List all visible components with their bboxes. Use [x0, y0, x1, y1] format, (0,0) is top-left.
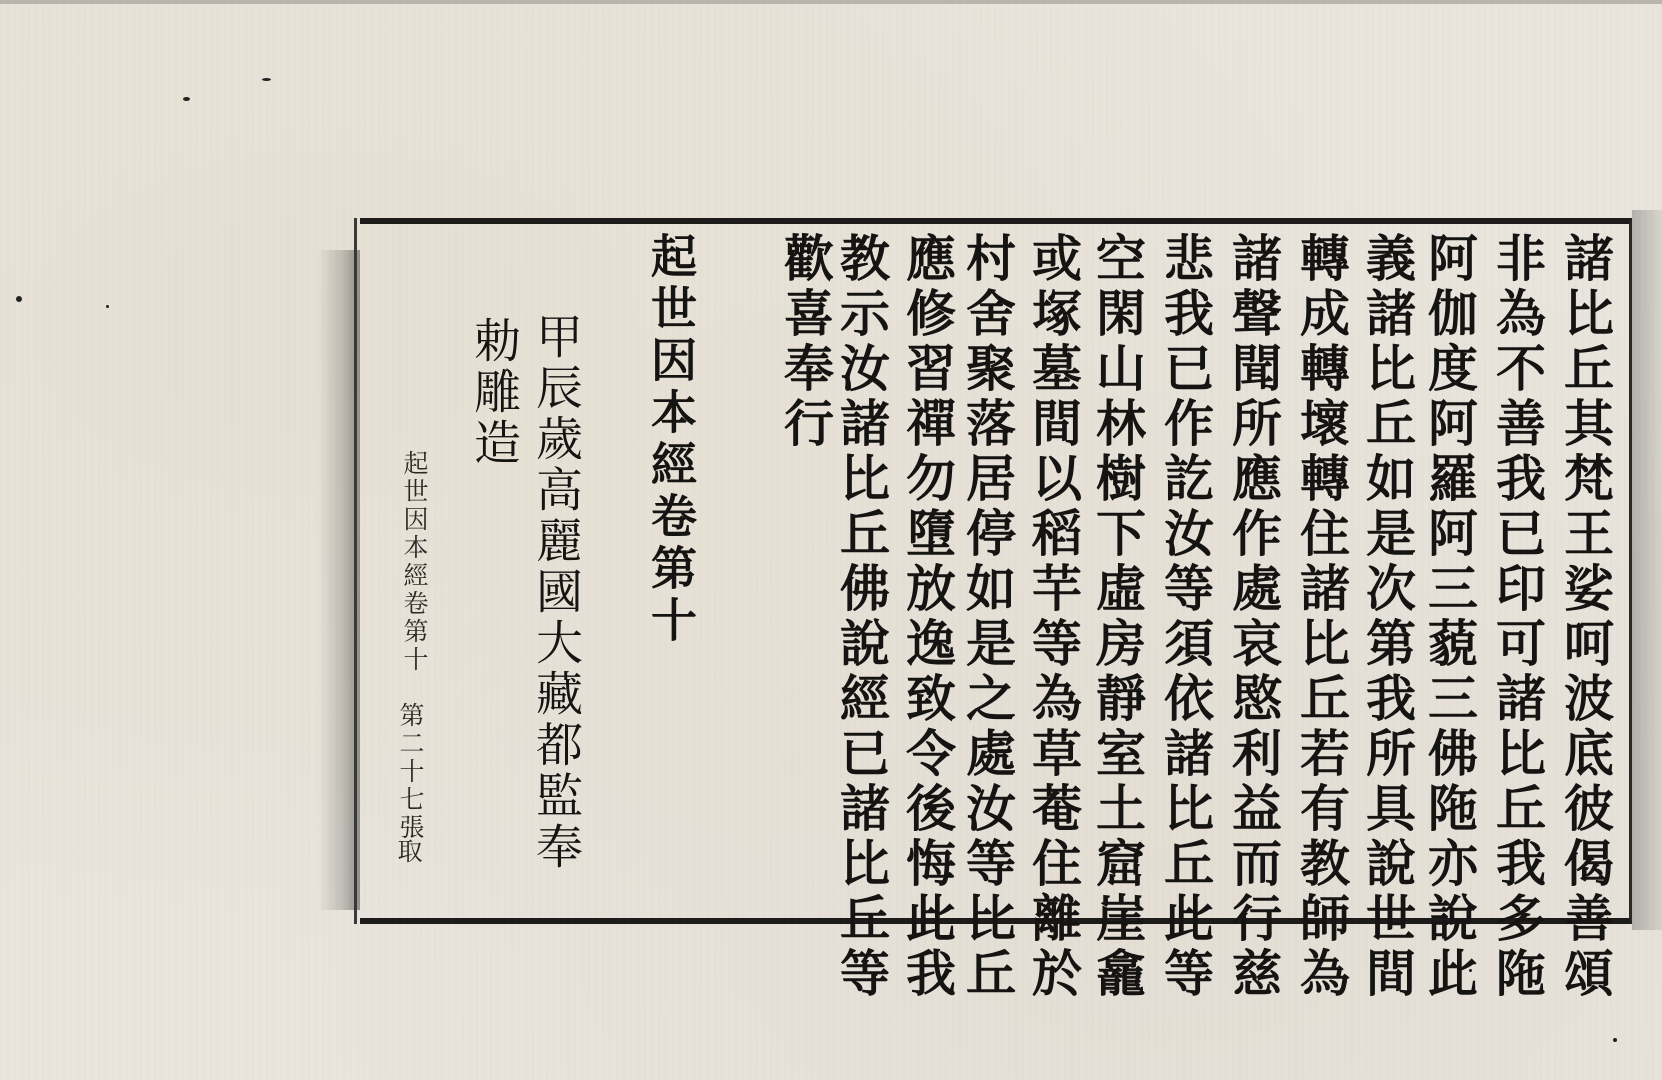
- sutra-column-7: 悲我已作訖汝等須依諸比丘此等: [1160, 232, 1210, 1002]
- sutra-column-12: 教示汝諸比丘佛說經已諸比丘等: [836, 232, 886, 1002]
- sutra-column-9: 或塚墓間以稻芉等為草菴住離於: [1028, 232, 1078, 1002]
- frame-right-margin: [1632, 210, 1662, 930]
- margin-caption-page-number: 第二十七張: [398, 702, 423, 842]
- sutra-column-8: 空閑山林樹下虛房靜室土窟崖龕: [1092, 232, 1142, 1002]
- ink-speck: [1613, 1038, 1617, 1042]
- sutra-column-2: 非為不善我已印可諸比丘我多陁: [1492, 232, 1542, 1002]
- sutra-column-6: 諸聲聞所應作處哀愍利益而行慈: [1228, 232, 1278, 1002]
- ink-speck: [183, 97, 190, 101]
- sutra-column-11: 應修習禪勿墮放逸致令後悔此我: [902, 232, 952, 1002]
- fascicle-title: 起世因本經卷第十: [648, 232, 694, 648]
- sutra-column-10: 村舍聚落居停如是之處汝等比丘: [962, 232, 1012, 1002]
- page-top-edge: [0, 0, 1662, 4]
- ink-speck: [16, 296, 22, 302]
- sutra-column-4: 義諸比丘如是次第我所具說世間: [1362, 232, 1412, 1002]
- sutra-column-3: 阿伽度阿羅阿三藐三佛陁亦說此: [1424, 232, 1474, 1002]
- ink-speck: [106, 305, 109, 308]
- margin-caption-carver-mark: 取: [396, 838, 421, 866]
- colophon-line-2: 勅雕造: [470, 316, 517, 469]
- margin-caption-title: 起世因本經卷第十: [402, 450, 427, 674]
- sutra-column-1: 諸比丘其梵王娑呵波底彼偈善頌: [1560, 232, 1610, 1002]
- sutra-column-5: 轉成轉壞轉住諸比丘若有教師為: [1296, 232, 1346, 1002]
- colophon-line-1: 甲辰歲高麗國大藏都監奉: [532, 312, 579, 873]
- sutra-column-13: 歡喜奉行: [780, 232, 830, 452]
- ink-speck: [262, 78, 271, 81]
